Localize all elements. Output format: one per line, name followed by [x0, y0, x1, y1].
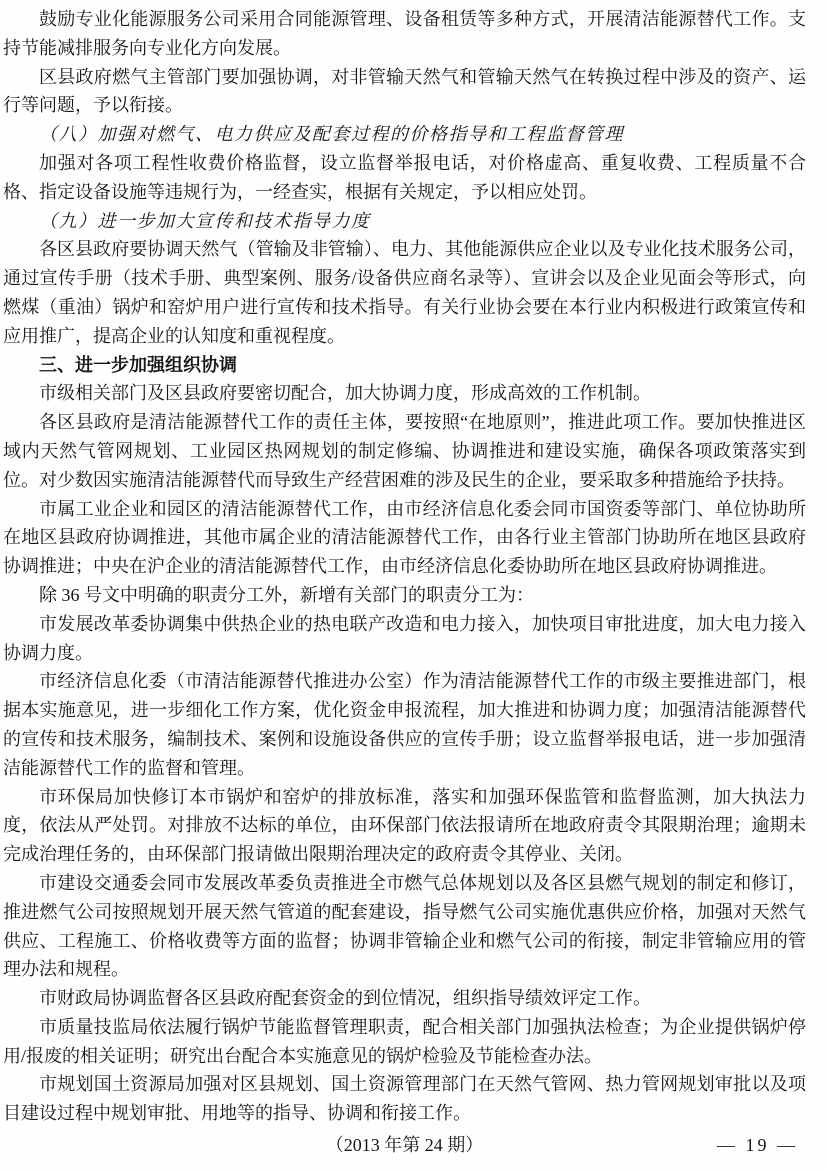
paragraph: 加强对各项工程性收费价格监督，设立监督举报电话，对价格虚高、重复收费、工程质量不…	[3, 149, 806, 207]
journal-issue-label: （2013 年第 24 期）	[326, 1135, 484, 1155]
paragraph: 市质量技监局依法履行锅炉节能监督管理职责，配合相关部门加强执法检查；为企业提供锅…	[3, 1013, 806, 1071]
paragraph: 区县政府燃气主管部门要加强协调，对非管输天然气和管输天然气在转换过程中涉及的资产…	[3, 63, 806, 121]
section-heading-3: 三、进一步加强组织协调	[3, 351, 806, 380]
paragraph: 市规划国土资源局加强对区县规划、国土资源管理部门在天然气管网、热力管网规划审批以…	[3, 1070, 806, 1128]
paragraph: 市经济信息化委（市清洁能源替代推进办公室）作为清洁能源替代工作的市级主要推进部门…	[3, 667, 806, 782]
paragraph: 各区县政府要协调天然气（管输及非管输）、电力、其他能源供应企业以及专业化技术服务…	[3, 235, 806, 350]
paragraph: 市级相关部门及区县政府要密切配合，加大协调力度，形成高效的工作机制。	[3, 379, 806, 408]
subsection-heading-9: （九）进一步加大宣传和技术指导力度	[3, 207, 806, 236]
paragraph: 市属工业企业和园区的清洁能源替代工作，由市经济信息化委会同市国资委等部门、单位协…	[3, 495, 806, 581]
document-page: 鼓励专业化能源服务公司采用合同能源管理、设备租赁等多种方式，开展清洁能源替代工作…	[0, 0, 827, 1170]
paragraph: 市建设交通委会同市发展改革委负责推进全市燃气总体规划以及各区县燃气规划的制定和修…	[3, 869, 806, 984]
paragraph: 各区县政府是清洁能源替代工作的责任主体，要按照“在地原则”，推进此项工作。要加快…	[3, 408, 806, 494]
paragraph: 市发展改革委协调集中供热企业的热电联产改造和电力接入，加快项目审批进度，加大电力…	[3, 610, 806, 668]
page-footer: （2013 年第 24 期） — 19 —	[3, 1131, 806, 1160]
paragraph: 市财政局协调监督各区县政府配套资金的到位情况，组织指导绩效评定工作。	[3, 984, 806, 1013]
page-number: — 19 —	[717, 1131, 798, 1160]
subsection-heading-8: （八）加强对燃气、电力供应及配套过程的价格指导和工程监督管理	[3, 120, 806, 149]
paragraph: 除 36 号文中明确的职责分工外，新增有关部门的职责分工为：	[3, 581, 806, 610]
paragraph: 鼓励专业化能源服务公司采用合同能源管理、设备租赁等多种方式，开展清洁能源替代工作…	[3, 5, 806, 63]
paragraph: 市环保局加快修订本市锅炉和窑炉的排放标准，落实和加强环保监管和监督监测，加大执法…	[3, 783, 806, 869]
